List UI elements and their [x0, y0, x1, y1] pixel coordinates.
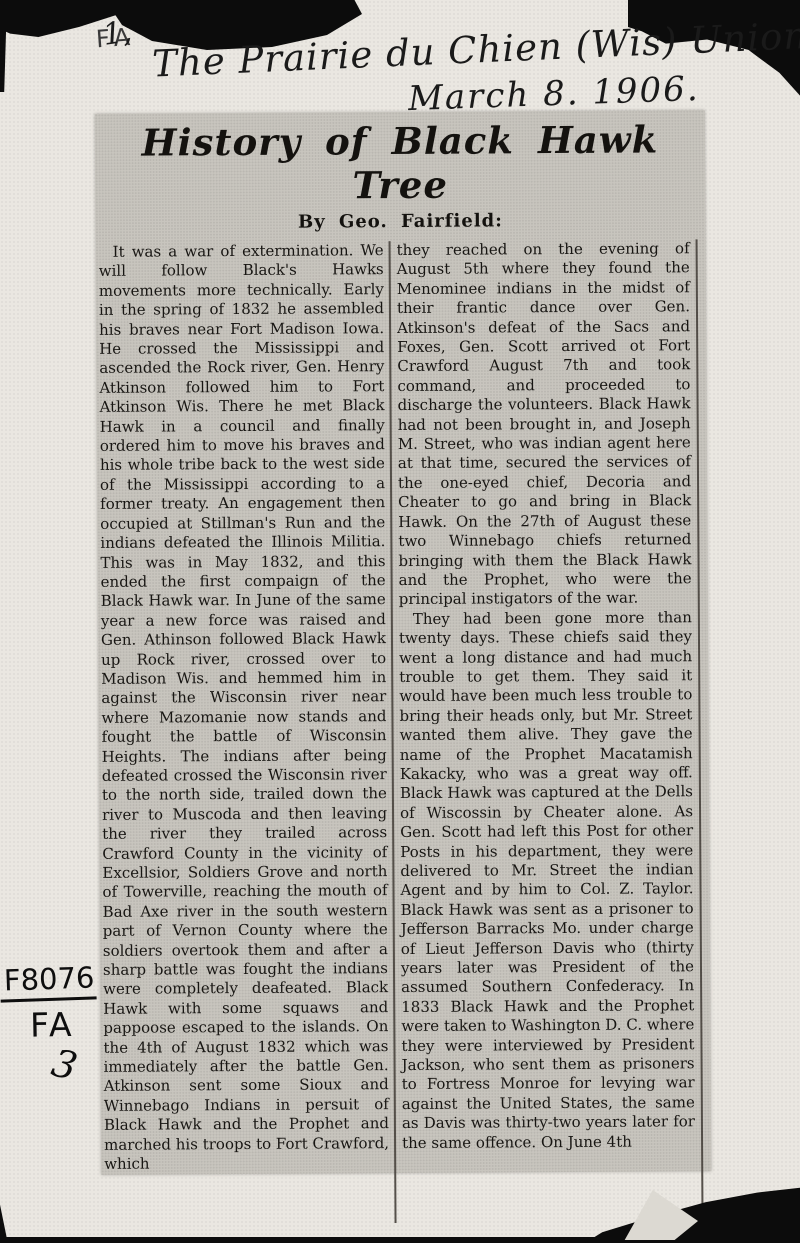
article-paragraph: It was a war of extermination. We will f… [99, 241, 390, 1174]
newspaper-clipping: History of Black Hawk Tree By Geo. Fairf… [95, 110, 711, 1175]
catalog-marks: F8076 FA 3 [0, 962, 104, 1090]
torn-corner-bottom-left [0, 1195, 26, 1243]
article-headline: History of Black Hawk Tree [95, 110, 706, 209]
article-columns: It was a war of extermination. We will f… [96, 239, 712, 1225]
scan-edge-left [0, 0, 7, 92]
article-column-right: they reached on the evening of August 5t… [389, 239, 704, 1223]
article-paragraph: they reached on the evening of August 5t… [397, 239, 692, 610]
article-column-left: It was a war of extermination. We will f… [96, 241, 395, 1225]
article-byline: By Geo. Fairfield: [95, 209, 705, 234]
article-paragraph: They had been gone more than twenty days… [399, 608, 695, 1153]
catalog-digit: 3 [47, 1040, 108, 1095]
handwritten-number-mark: 1, [101, 14, 134, 53]
catalog-number: F8076 [0, 960, 97, 1002]
catalog-letters: FA [30, 1004, 105, 1044]
